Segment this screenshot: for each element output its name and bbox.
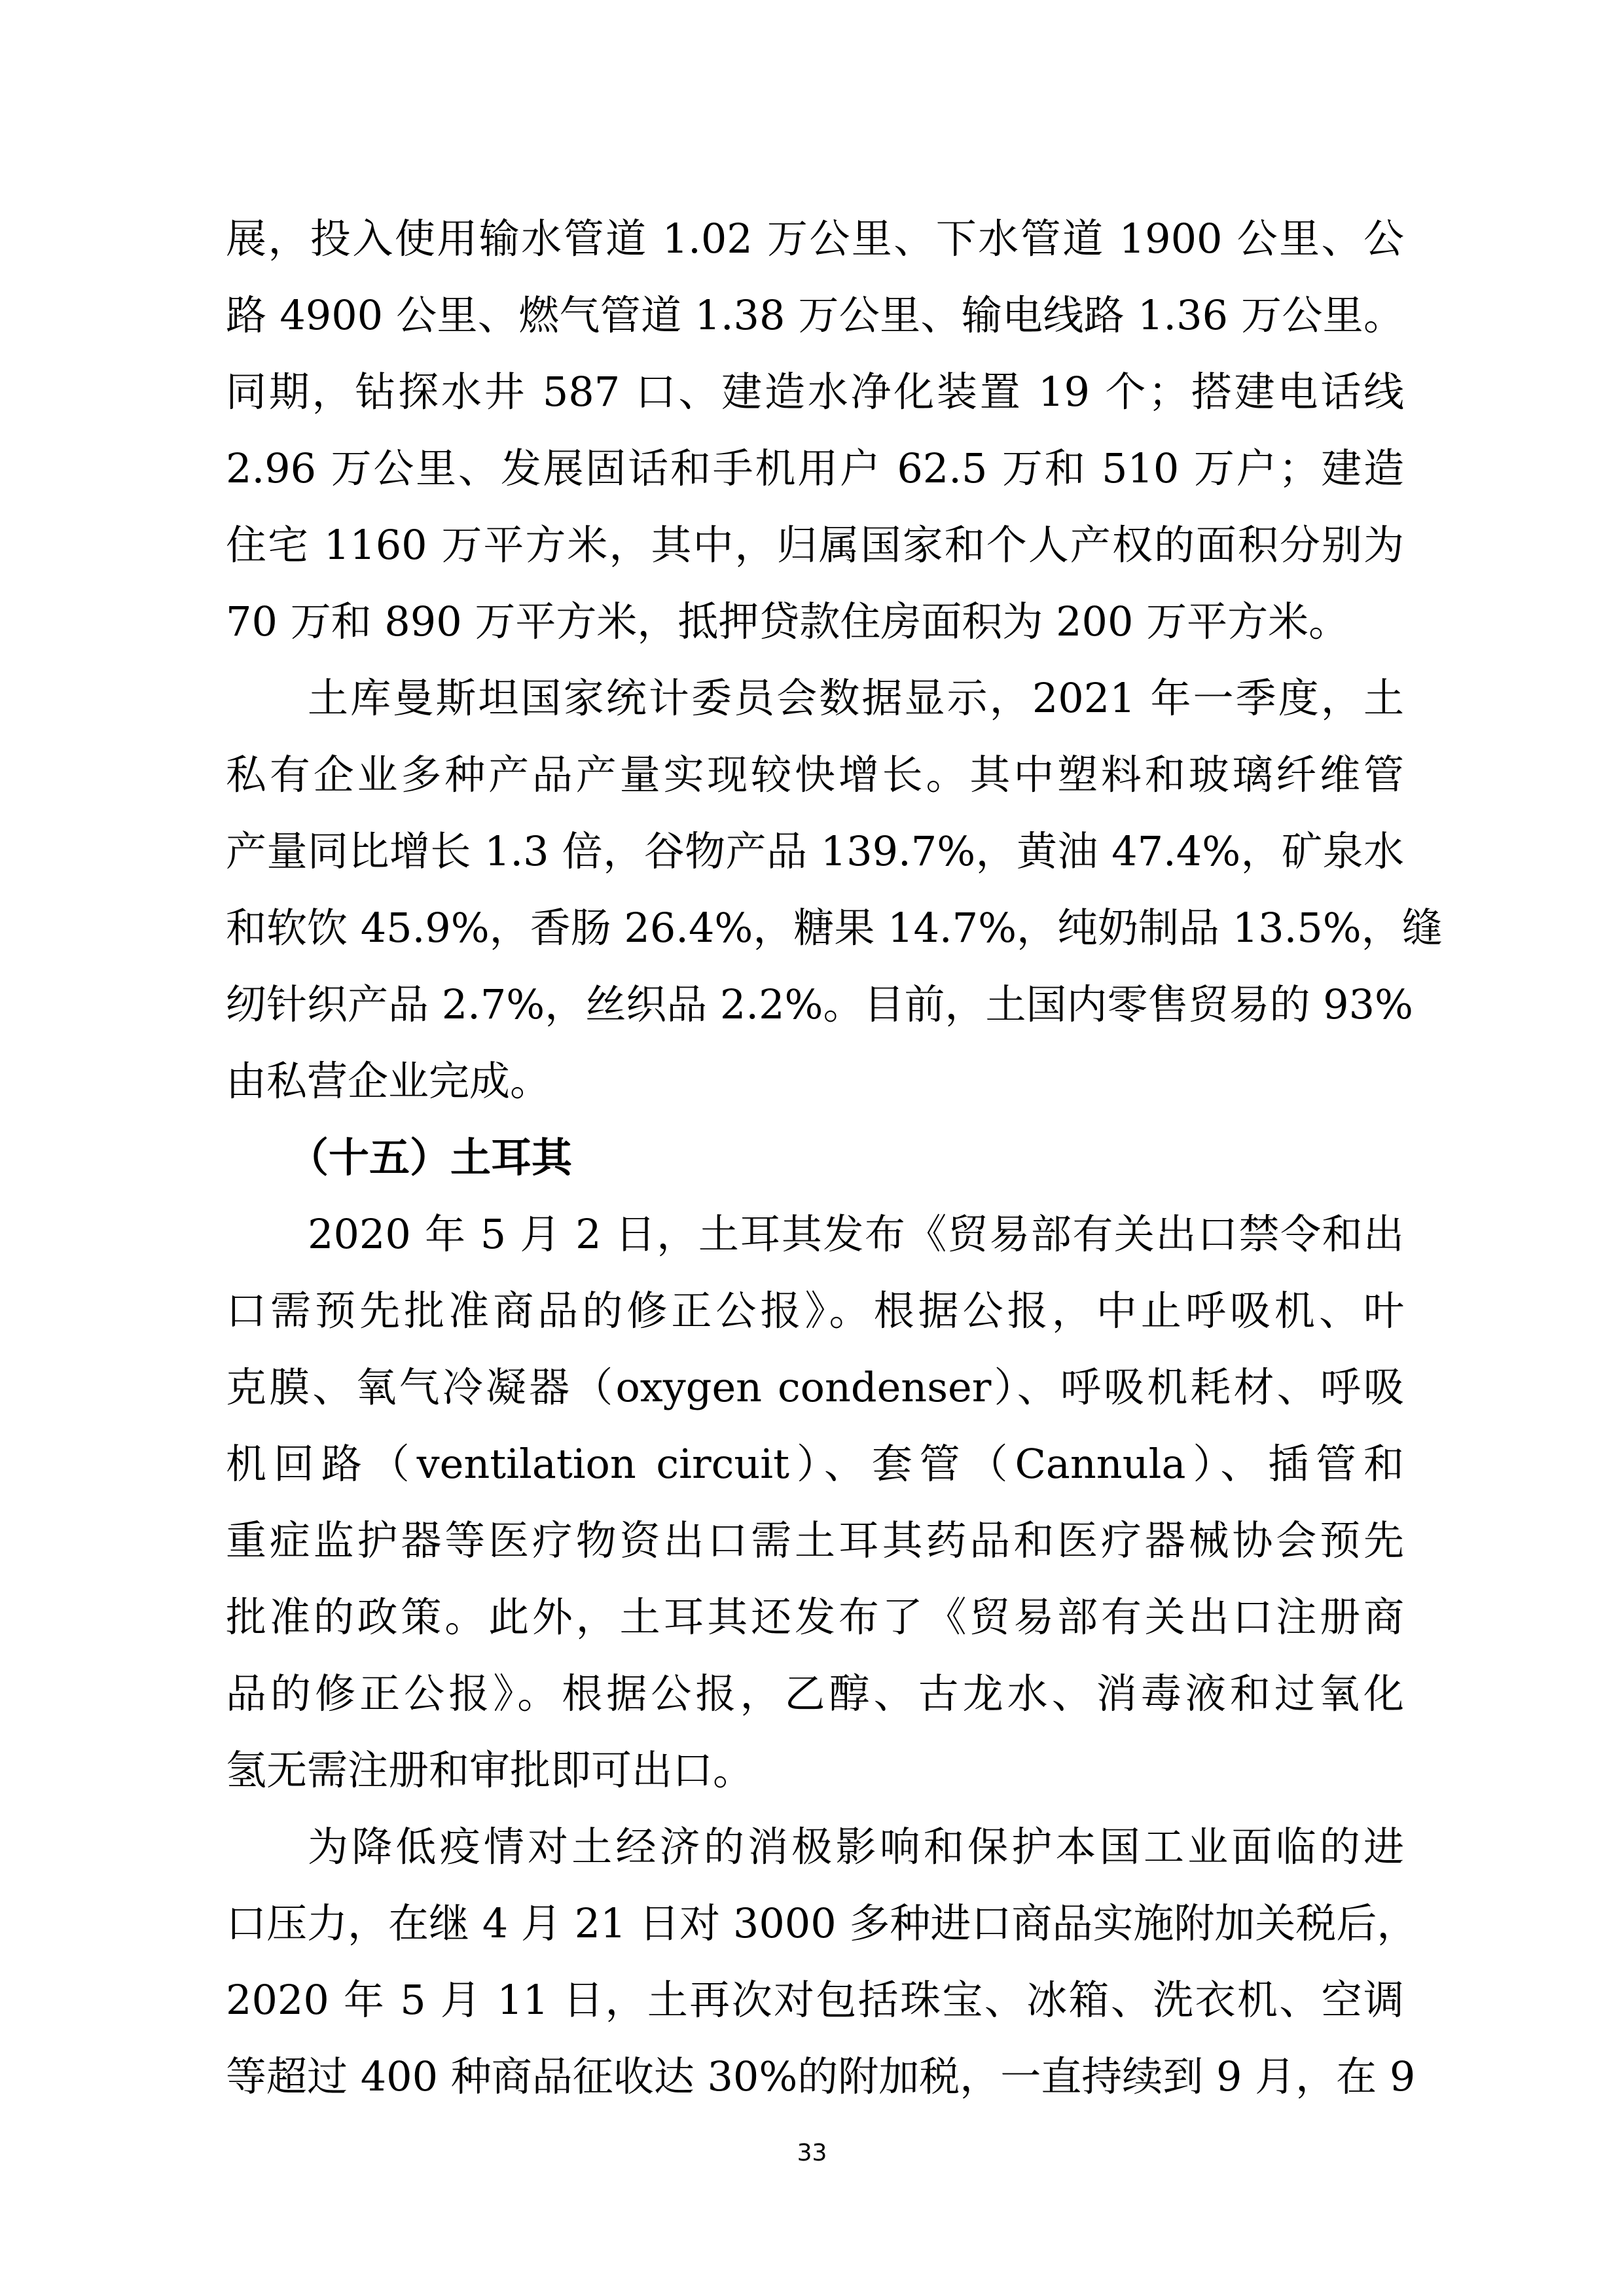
paragraph-line: 同期，钻探水井 587 口、建造水净化装置 19 个；搭建电话线 <box>226 359 1404 425</box>
paragraph-line: 和软饮 45.9%，香肠 26.4%，糖果 14.7%，纯奶制品 13.5%，缝 <box>226 895 1404 961</box>
page-number: 33 <box>0 2137 1624 2170</box>
paragraph-line: 产量同比增长 1.3 倍，谷物产品 139.7%，黄油 47.4%，矿泉水 <box>226 819 1404 884</box>
paragraph-line: 重症监护器等医疗物资出口需土耳其药品和医疗器械协会预先 <box>226 1508 1404 1573</box>
paragraph-line: 氢无需注册和审批即可出口。 <box>226 1738 1404 1803</box>
paragraph-line: 2020 年 5 月 11 日，土再次对包括珠宝、冰箱、洗衣机、空调 <box>226 1967 1404 2033</box>
paragraph-line: 私有企业多种产品产量实现较快增长。其中塑料和玻璃纤维管 <box>226 742 1404 808</box>
paragraph-line: 土库曼斯坦国家统计委员会数据显示，2021 年一季度，土 <box>308 666 1404 731</box>
paragraph-line: 品的修正公报》。根据公报，乙醇、古龙水、消毒液和过氧化 <box>226 1661 1404 1727</box>
paragraph-line: 2020 年 5 月 2 日，土耳其发布《贸易部有关出口禁令和出 <box>308 1202 1404 1267</box>
paragraph-line: 70 万和 890 万平方米，抵押贷款住房面积为 200 万平方米。 <box>226 589 1404 655</box>
document-page: 展，投入使用输水管道 1.02 万公里、下水管道 1900 公里、公 路 490… <box>0 0 1624 2296</box>
paragraph-line: 展，投入使用输水管道 1.02 万公里、下水管道 1900 公里、公 <box>226 206 1404 272</box>
paragraph-line: 口压力，在继 4 月 21 日对 3000 多种进口商品实施附加关税后， <box>226 1891 1404 1956</box>
paragraph-line: 由私营企业完成。 <box>226 1049 1404 1114</box>
paragraph-line: 路 4900 公里、燃气管道 1.38 万公里、输电线路 1.36 万公里。 <box>226 283 1404 348</box>
paragraph-line: 住宅 1160 万平方米，其中，归属国家和个人产权的面积分别为 <box>226 512 1404 578</box>
paragraph-line: 为降低疫情对土经济的消极影响和保护本国工业面临的进 <box>308 1814 1404 1880</box>
paragraph-line: 等超过 400 种商品征收达 30%的附加税，一直持续到 9 月，在 9 <box>226 2044 1404 2109</box>
paragraph-line: 批准的政策。此外，土耳其还发布了《贸易部有关出口注册商 <box>226 1585 1404 1650</box>
paragraph-line: 克膜、氧气冷凝器（oxygen condenser）、呼吸机耗材、呼吸 <box>226 1355 1404 1420</box>
paragraph-line: 机回路（ventilation circuit）、套管（Cannula）、插管和 <box>226 1431 1404 1497</box>
paragraph-line: 2.96 万公里、发展固话和手机用户 62.5 万和 510 万户；建造 <box>226 436 1404 501</box>
section-heading: （十五）土耳其 <box>288 1125 812 1191</box>
paragraph-line: 口需预先批准商品的修正公报》。根据公报，中止呼吸机、叶 <box>226 1278 1404 1344</box>
paragraph-line: 纫针织产品 2.7%，丝织品 2.2%。目前，土国内零售贸易的 93% <box>226 972 1404 1037</box>
